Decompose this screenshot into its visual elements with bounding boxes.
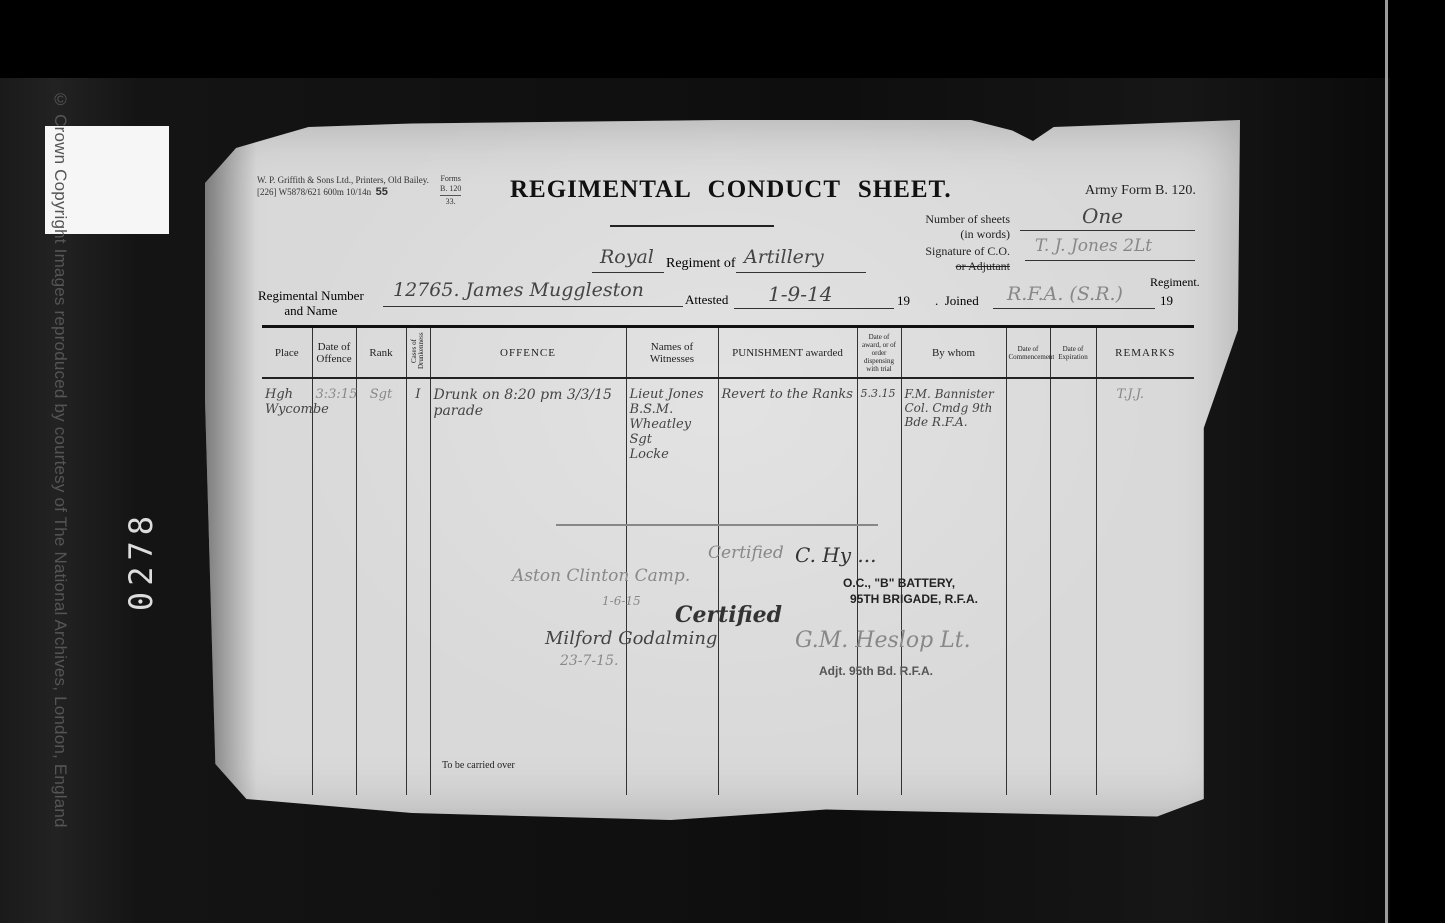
cell-offence: Drunk on 8:20 pm 3/3/15 parade [430, 378, 626, 795]
header-date-of-offence: Date of Offence [312, 327, 356, 379]
printer-imprint: W. P. Griffith & Sons Ltd., Printers, Ol… [257, 174, 429, 198]
regiment-of-label: Regiment of [666, 256, 736, 272]
adjutant-stamp: Adjt. 95th Bd. R.F.A. [819, 664, 933, 678]
regiment-suffix-label: Regiment. [1150, 275, 1200, 290]
number-name-label: Regimental Number and Name [258, 288, 364, 318]
attested-label: Attested [685, 292, 728, 308]
signature-label: Signature of C.O. or Adjutant [905, 244, 1010, 274]
cell-date-of-offence: 3:3:15 [312, 378, 356, 795]
regiment-prefix-field: Royal [592, 254, 664, 273]
aston-camp-note: Aston Clinton Camp. [512, 566, 690, 586]
printer-line-1: W. P. Griffith & Sons Ltd., Printers, Ol… [257, 174, 429, 186]
header-rank: Rank [356, 327, 406, 379]
joined-label: . Joined [935, 293, 979, 309]
cell-witnesses: Lieut Jones B.S.M. Wheatley Sgt Locke [626, 378, 718, 795]
signature-value: T. J. Jones 2Lt [1035, 236, 1152, 256]
adjutant-signature: G.M. Heslop Lt. [795, 628, 971, 653]
separator-rule [556, 524, 878, 526]
header-cases-of-drunkenness: Cases of Drunkenness [406, 327, 430, 379]
sheets-field: One [1020, 214, 1195, 231]
cell-place: Hgh Wycombe [262, 378, 312, 795]
signature-field: T. J. Jones 2Lt [1025, 244, 1195, 261]
forms-label: Forms [440, 174, 461, 184]
cell-cases-of-drunkenness: I [406, 378, 430, 795]
forms-reference: Forms B. 120 33. [440, 174, 461, 207]
regiment-prefix-value: Royal [600, 246, 654, 268]
attested-field: 1-9-14 [734, 292, 894, 309]
header-offence: OFFENCE [430, 327, 626, 379]
aston-date-note: 1-6-15 [602, 594, 641, 608]
number-name-value: 12765. James Muggleston [393, 279, 644, 301]
certified-note-2: Certified [675, 602, 782, 628]
sheets-value: One [1082, 204, 1123, 228]
milford-camp-note: Milford Godalming [545, 628, 717, 649]
forms-number: B. 120 [440, 184, 461, 194]
certified-note-1: Certified [708, 543, 784, 563]
cell-remarks: T.J.J. [1096, 378, 1194, 795]
regiment-field: Artillery [736, 254, 866, 273]
joined-field: R.F.A. (S.R.) [993, 292, 1155, 309]
oc-stamp-line-2: 95TH BRIGADE, R.F.A. [850, 592, 978, 606]
forms-sub: 33. [440, 197, 461, 207]
header-place: Place [262, 327, 312, 379]
milford-date-note: 23-7-15. [560, 653, 618, 669]
sheets-label: Number of sheets (in words) [905, 212, 1010, 242]
table-row: Hgh Wycombe 3:3:15 Sgt I Drunk on 8:20 p… [262, 378, 1194, 795]
oc-stamp-line-1: O.C., "B" BATTERY, [843, 576, 955, 590]
cell-date-commencement [1006, 378, 1050, 795]
oc-signature: C. Hy ... [795, 543, 876, 567]
cell-date-expiration [1050, 378, 1096, 795]
cell-rank: Sgt [356, 378, 406, 795]
attested-value: 1-9-14 [768, 282, 832, 306]
header-witnesses: Names of Witnesses [626, 327, 718, 379]
carried-over-label: To be carried over [442, 760, 515, 771]
frame-counter: 0278 [122, 510, 160, 611]
copyright-watermark: © Crown Copyright Images reproduced by c… [48, 90, 70, 910]
film-margin [1392, 0, 1445, 923]
title-underline [610, 225, 774, 227]
army-form-number: Army Form B. 120. [1085, 183, 1196, 199]
printer-line-2: [226] W5878/621 600m 10/14n [257, 187, 371, 197]
header-date-commencement: Date of Commencement [1006, 327, 1050, 379]
joined-value: R.F.A. (S.R.) [1007, 283, 1123, 305]
table-header-row: Place Date of Offence Rank Cases of Drun… [262, 327, 1194, 379]
header-by-whom: By whom [901, 327, 1006, 379]
regiment-value: Artillery [744, 246, 824, 268]
header-punishment: PUNISHMENT awarded [718, 327, 857, 379]
header-remarks: REMARKS [1096, 327, 1194, 379]
printer-code: 55 [376, 186, 388, 198]
cell-punishment: Revert to the Ranks [718, 378, 857, 795]
header-date-of-award: Date of award, or of order dispensing wi… [857, 327, 901, 379]
attested-year: 19 [897, 293, 910, 309]
film-edge-line [1385, 0, 1388, 923]
header-date-expiration: Date of Expiration [1050, 327, 1096, 379]
number-name-field: 12765. James Muggleston [383, 288, 683, 307]
joined-year: 19 [1160, 293, 1173, 309]
page-title: REGIMENTAL CONDUCT SHEET. [510, 176, 952, 204]
